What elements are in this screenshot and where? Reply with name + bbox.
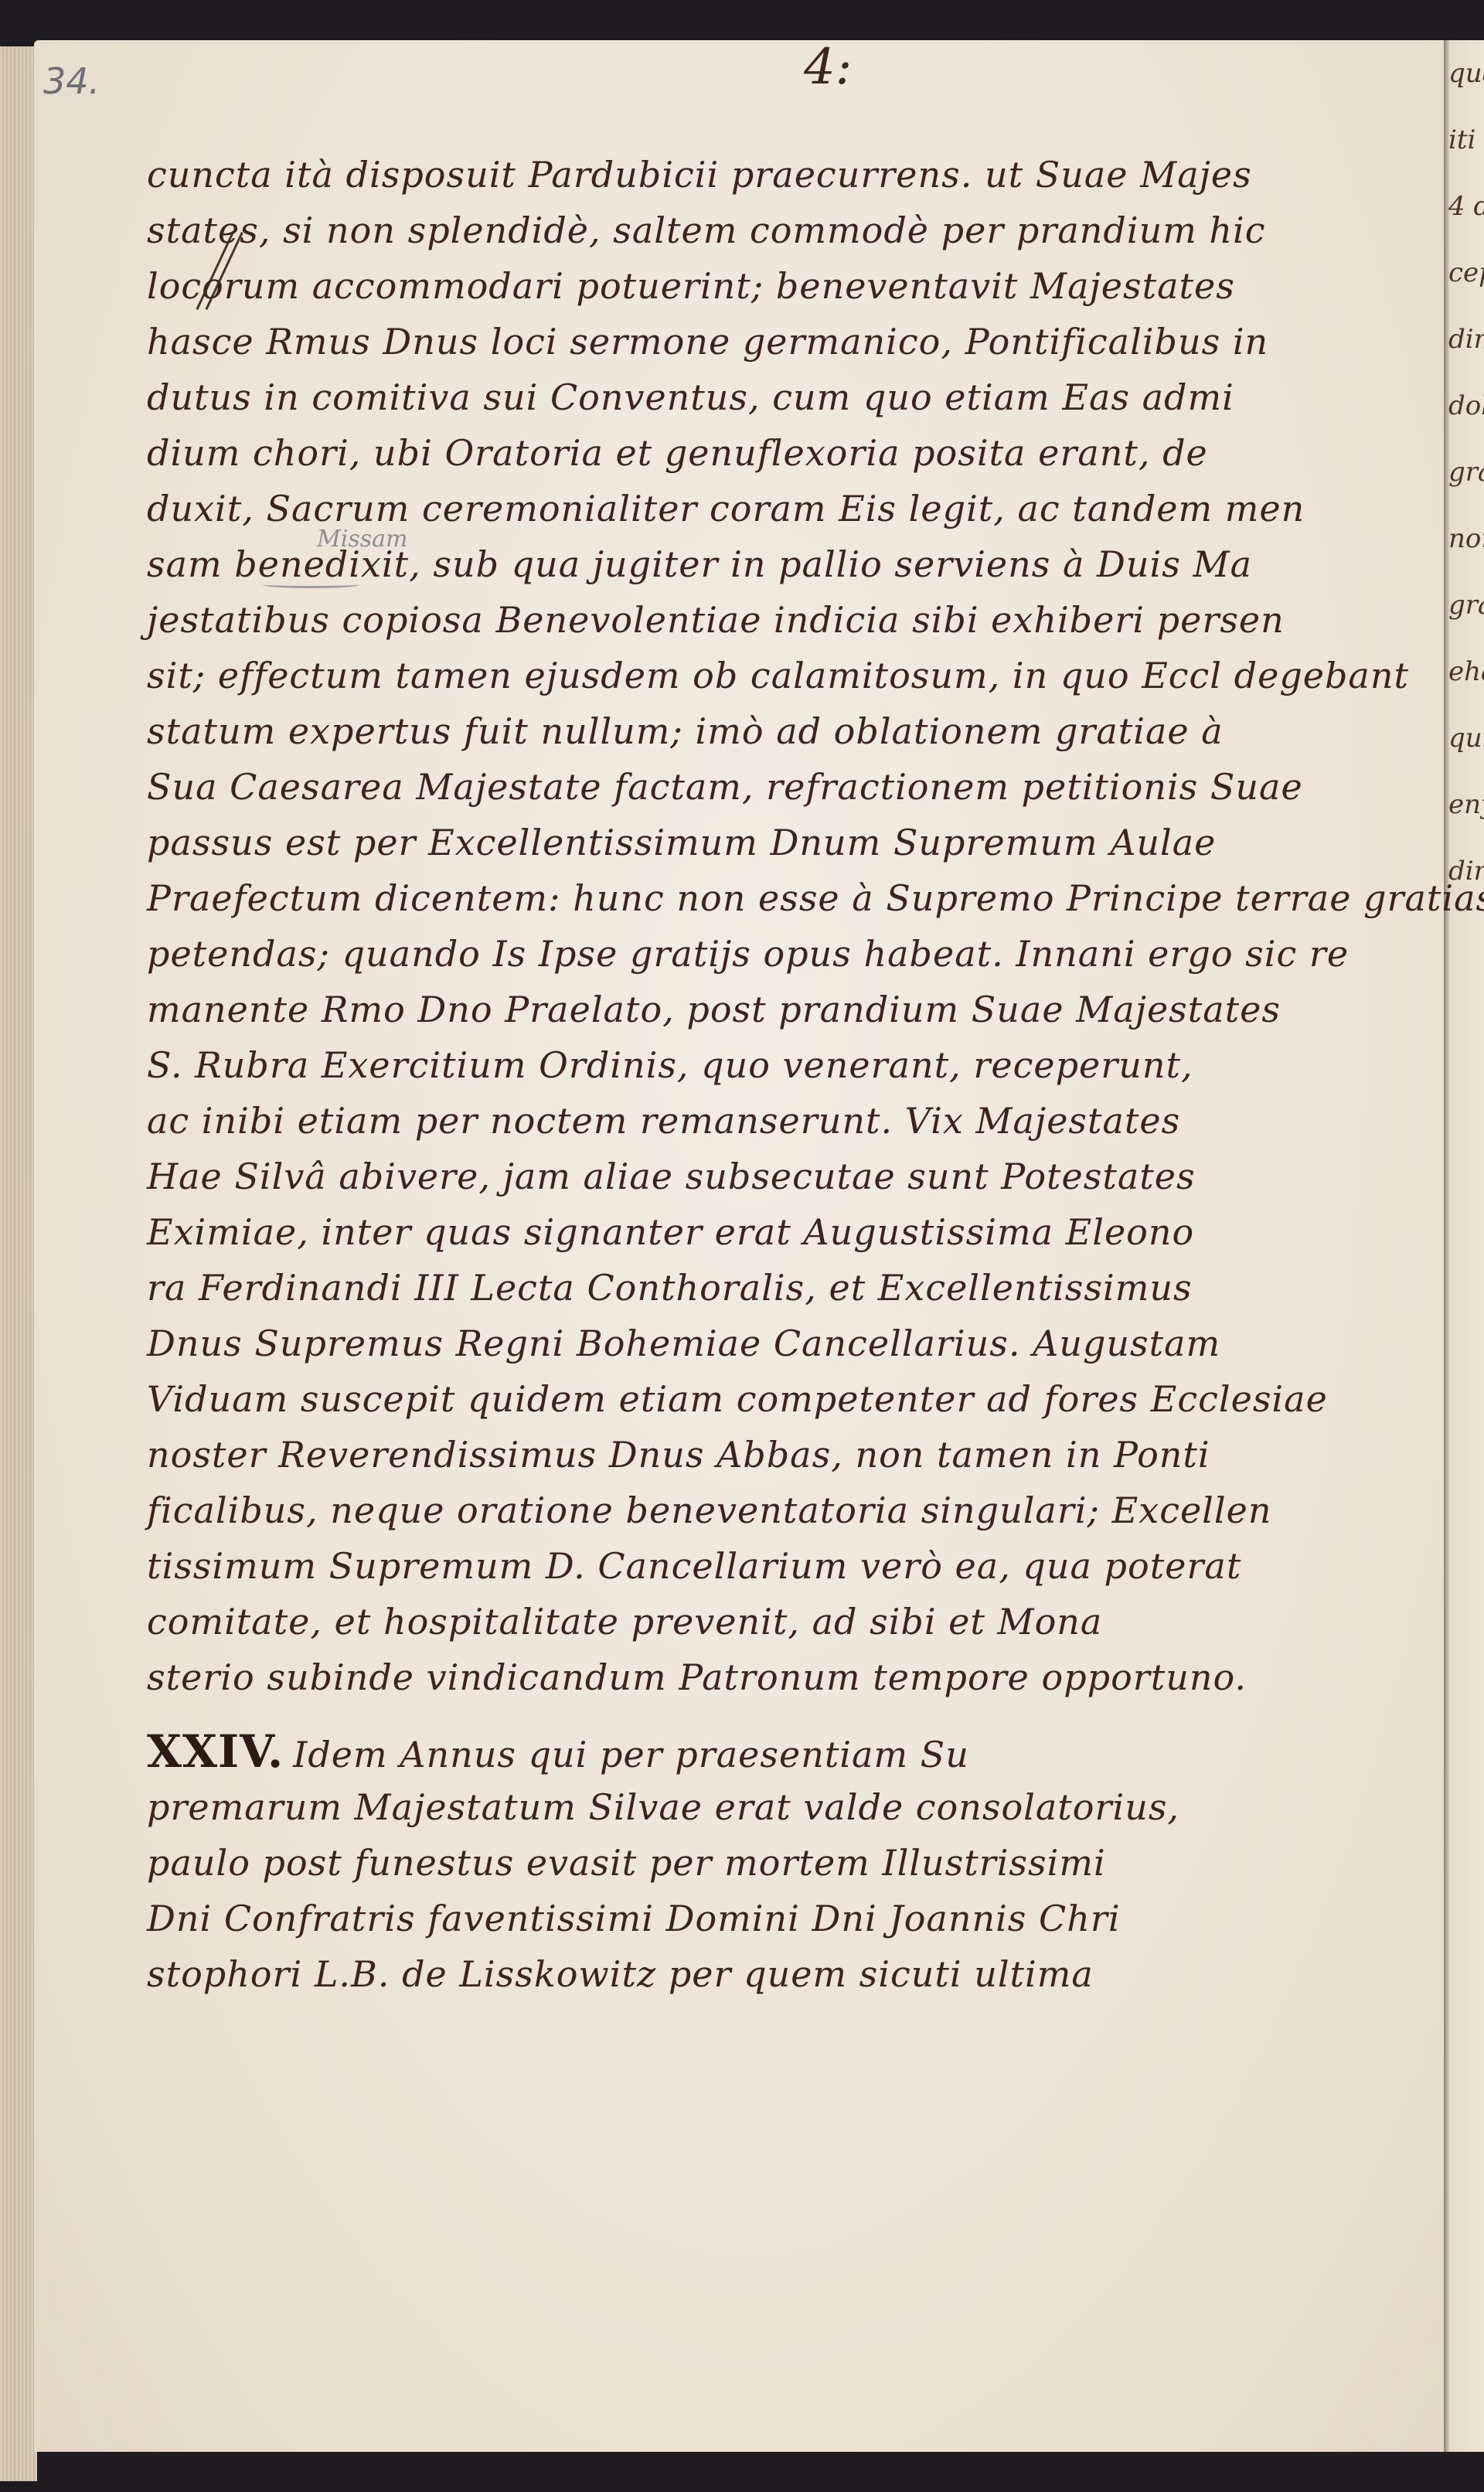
text-line: dium chori, ubi Oratoria et genuflexoria…: [147, 425, 1445, 481]
text-line: states, si non splendidè, saltem commodè…: [147, 203, 1445, 258]
text-line: Dni Confratris faventissimi Domini Dni J…: [147, 1891, 1445, 1946]
text-line: statum expertus fuit nullum; imò ad obla…: [147, 703, 1445, 759]
text-line: cuncta ità disposuit Pardubicii praecurr…: [147, 147, 1445, 203]
facing-fragment: dobo: [1444, 373, 1484, 439]
facing-fragment: ceponi: [1444, 240, 1484, 306]
text-line: stophori L.B. de Lisskowitz per quem sic…: [147, 1946, 1445, 2002]
text-line: hasce Rmus Dnus loci sermone germanico, …: [147, 314, 1445, 369]
text-line: Praefectum dicentem: hunc non esse à Sup…: [147, 870, 1445, 926]
folio-number: 34.: [43, 60, 100, 102]
text-line: Dnus Supremus Regni Bohemiae Cancellariu…: [147, 1316, 1445, 1371]
text-line: ficalibus, neque oratione beneventatoria…: [147, 1483, 1445, 1538]
text-line: noster Reverendissimus Dnus Abbas, non t…: [147, 1427, 1445, 1483]
facing-page-edge: quasi iti co 4 dis ceponi dimer dobo gra…: [1444, 40, 1484, 2452]
text-line: S. Rubra Exercitium Ordinis, quo veneran…: [147, 1037, 1445, 1093]
text-line: dutus in comitiva sui Conventus, cum quo…: [147, 369, 1445, 425]
page-stack-edge: [0, 46, 37, 2481]
facing-fragment: qui: [1444, 705, 1484, 771]
text-line: sit; effectum tamen ejusdem ob calamitos…: [147, 648, 1445, 703]
text-line: duxit, Sacrum ceremonialiter coram Eis l…: [147, 481, 1445, 536]
facing-fragment: gram: [1444, 439, 1484, 506]
manuscript-text: cuncta ità disposuit Pardubicii praecurr…: [147, 147, 1445, 2002]
facing-fragment: non a: [1444, 506, 1484, 572]
facing-fragment: 4 dis: [1444, 173, 1484, 240]
text-line: Viduam suscepit quidem etiam competenter…: [147, 1371, 1445, 1427]
text-line: comitate, et hospitalitate prevenit, ad …: [147, 1594, 1445, 1649]
text-line: paulo post funestus evasit per mortem Il…: [147, 1835, 1445, 1891]
text-line: Hae Silvâ abivere, jam aliae subsecutae …: [147, 1149, 1445, 1204]
text-line: passus est per Excellentissimum Dnum Sup…: [147, 815, 1445, 870]
facing-fragment: eha: [1444, 638, 1484, 705]
facing-fragment: eny: [1444, 771, 1484, 838]
text-line: jestatibus copiosa Benevolentiae indicia…: [147, 592, 1445, 648]
text-line: ac inibi etiam per noctem remanserunt. V…: [147, 1093, 1445, 1149]
text-line: tissimum Supremum D. Cancellarium verò e…: [147, 1538, 1445, 1594]
text-line: Idem Annus qui per praesentiam Su: [293, 1734, 969, 1775]
section-first-line: XXIV.Idem Annus qui per praesentiam Su: [147, 1724, 1445, 1779]
facing-fragment: grati: [1444, 572, 1484, 638]
text-line: ra Ferdinandi III Lecta Conthoralis, et …: [147, 1260, 1445, 1316]
facing-fragment: quasi: [1444, 40, 1484, 107]
page-number: 4:: [804, 39, 852, 96]
facing-fragment: dimer: [1444, 306, 1484, 373]
text-line: locorum accommodari potuerint; beneventa…: [147, 258, 1445, 314]
text-line: Eximiae, inter quas signanter erat Augus…: [147, 1204, 1445, 1260]
text-line: sam benedixit, sub qua jugiter in pallio…: [147, 536, 1445, 592]
section-heading: XXIV.: [147, 1725, 284, 1778]
facing-fragment: iti co: [1444, 107, 1484, 173]
text-line: manente Rmo Dno Praelato, post prandium …: [147, 982, 1445, 1037]
text-line: petendas; quando Is Ipse gratijs opus ha…: [147, 926, 1445, 982]
text-line: sterio subinde vindicandum Patronum temp…: [147, 1649, 1445, 1705]
text-line: premarum Majestatum Silvae erat valde co…: [147, 1779, 1445, 1835]
text-line: Sua Caesarea Majestate factam, refractio…: [147, 759, 1445, 815]
